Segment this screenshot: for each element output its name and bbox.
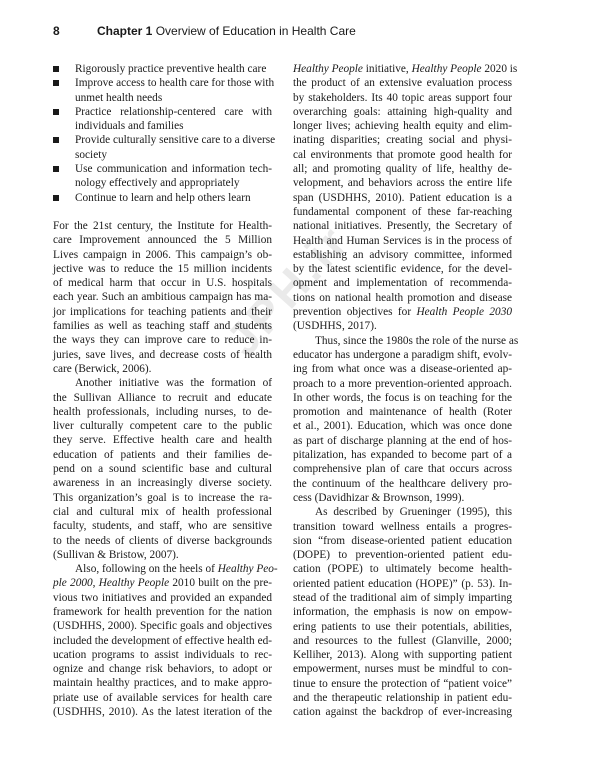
text-line: juries, save lives, and decrease costs o… <box>53 348 272 362</box>
text-line: establishing an advisory committee, info… <box>293 248 512 262</box>
text-line: ple 2000, Healthy People 2010 built on t… <box>53 576 272 590</box>
text-line: ucation programs to assist individuals t… <box>53 648 272 662</box>
text-line: as part of discharge planning at the end… <box>293 434 512 448</box>
text-line: Lives campaign in 2006. This campaign’s … <box>53 248 272 262</box>
paragraph: Another initiative was the formation of … <box>53 376 272 562</box>
text-line: liver culturally competent care to the p… <box>53 419 272 433</box>
text-line: Kelliher, 2013). Along with supporting p… <box>293 648 512 662</box>
text-line: Use communication and information tech- <box>75 162 272 176</box>
text-line: faculty, students, and staff, who are se… <box>53 519 272 533</box>
text-line: maintain healthy practices, and to make … <box>53 676 272 690</box>
text-line: vious two initiatives and provided an ex… <box>53 591 272 605</box>
text-line: cess (Davidhizar & Brownson, 1999). <box>293 491 512 505</box>
text-line: transition toward wellness entails a pro… <box>293 520 512 534</box>
page-number: 8 <box>53 24 60 38</box>
text-line: ering patients to use their potentials, … <box>293 620 512 634</box>
text-line: each year. Such an ambitious campaign ha… <box>53 290 272 304</box>
text-line: and the therapeutic relationship in pati… <box>293 691 512 705</box>
text-line: span (USDHHS, 2010). Patient education i… <box>293 191 512 205</box>
text-line: cation (POPE) to ultimately become healt… <box>293 562 512 576</box>
bullet-item: Practice relationship-centered care with… <box>53 105 272 134</box>
right-column: Healthy People initiative, Healthy Peopl… <box>293 62 512 720</box>
text-line: jor implications for teaching patients a… <box>53 305 272 319</box>
text-line: pitalization, has expanded to become par… <box>293 448 512 462</box>
text-line: Improve access to health care for those … <box>75 76 272 90</box>
text-line: to the needs of clients of diverse backg… <box>53 534 272 548</box>
text-line: Practice relationship-centered care with <box>75 105 272 119</box>
text-line: unmet health needs <box>75 91 272 105</box>
bullet-list: Rigorously practice preventive health ca… <box>53 62 272 205</box>
text-line: sion “from disease-oriented patient educ… <box>293 534 512 548</box>
text-line: proach to a more prevention-oriented app… <box>293 377 512 391</box>
text-line: tions on national health promotion and d… <box>293 291 512 305</box>
text-line: the Sullivan Alliance to recruit and edu… <box>53 391 272 405</box>
text-line: prevention objectives for Health People … <box>293 305 512 319</box>
text-line: they serve. Effective health care and he… <box>53 433 272 447</box>
bullet-square-icon <box>53 66 59 72</box>
chapter-title: Overview of Education in Health Care <box>156 24 356 38</box>
text-line: In other words, the focus is on teaching… <box>293 391 512 405</box>
text-line: fundamental component of these far-reach… <box>293 205 512 219</box>
text-line: empowerment, nurses must be mindful to c… <box>293 662 512 676</box>
bullet-item: Use communication and information tech- … <box>53 162 272 191</box>
bullet-item: Rigorously practice preventive health ca… <box>53 62 272 76</box>
text-line: awareness in an increasingly diverse soc… <box>53 476 272 490</box>
paragraph: Thus, since the 1980s the role of the nu… <box>293 334 512 506</box>
bullet-square-icon <box>53 80 59 86</box>
text-line: of medical harm that occur in U.S. hospi… <box>53 276 272 290</box>
text-line: Healthy People initiative, Healthy Peopl… <box>293 62 512 76</box>
text-line: Health and Human Services is in the proc… <box>293 234 512 248</box>
text-line: jective was to reduce the 15 million inc… <box>53 262 272 276</box>
bullet-square-icon <box>53 109 59 115</box>
text-line: information, the emphasis is now on empo… <box>293 605 512 619</box>
text-line: priate use of available services for hea… <box>53 691 272 705</box>
text-line: Another initiative was the formation of <box>53 376 272 390</box>
text-line: Thus, since the 1980s the role of the nu… <box>293 334 512 348</box>
text-line: tinue to ensure the protection of “patie… <box>293 677 512 691</box>
text-line: promotion and maintenance of health (Rot… <box>293 405 512 419</box>
paragraph: For the 21st century, the Institute for … <box>53 219 272 376</box>
text-line: by stakeholders. Its 40 topic areas supp… <box>293 91 512 105</box>
text-line: velopment, and behaviors across the enti… <box>293 176 512 190</box>
text-line: opment and implementation of recommenda- <box>293 276 512 290</box>
bullet-item: Improve access to health care for those … <box>53 76 272 105</box>
text-line: Provide culturally sensitive care to a d… <box>75 133 272 147</box>
text-line: the ways they can improve care to reduce… <box>53 333 272 347</box>
bullet-square-icon <box>53 195 59 201</box>
paragraph: As described by Grueninger (1995), this … <box>293 505 512 719</box>
text-line: Also, following on the heels of Healthy … <box>53 562 272 576</box>
text-line: longer lives; achieving health equity an… <box>293 119 512 133</box>
text-line: et al., 2001). Education, which was once… <box>293 419 512 433</box>
left-column: Rigorously practice preventive health ca… <box>53 62 272 719</box>
text-line: This organization’s goal is to increase … <box>53 491 272 505</box>
paragraph: Healthy People initiative, Healthy Peopl… <box>293 62 512 334</box>
text-line: comprehensive plan of care that occurs a… <box>293 462 512 476</box>
text-line: families as well as teaching staff and s… <box>53 319 272 333</box>
text-line: included the development of effective he… <box>53 634 272 648</box>
text-line: pend on a sound scientific base and cult… <box>53 462 272 476</box>
text-line: As described by Grueninger (1995), this <box>293 505 512 519</box>
chapter-heading: Chapter 1 Overview of Education in Healt… <box>97 24 356 38</box>
text-line: educator has undergone a paradigm shift,… <box>293 348 512 362</box>
text-line: by the latest scientific evidence, for t… <box>293 262 512 276</box>
text-line: overarching goals: attaining high-qualit… <box>293 105 512 119</box>
text-line: all; and promoting quality of life, heal… <box>293 162 512 176</box>
text-line: (USDHHS, 2000). Specific goals and objec… <box>53 619 272 633</box>
text-line: (USDHHS, 2010). As the latest iteration … <box>53 705 272 719</box>
text-line: cation against the backdrop of ever-incr… <box>293 705 512 719</box>
text-line: nology effectively and appropriately <box>75 176 272 190</box>
text-line: For the 21st century, the Institute for … <box>53 219 272 233</box>
text-line: care Improvement announced the 5 Million <box>53 233 272 247</box>
text-line: (Sullivan & Bristow, 2007). <box>53 548 272 562</box>
bullet-square-icon <box>53 137 59 143</box>
text-line: cal environments that promote good healt… <box>293 148 512 162</box>
text-line: individuals and families <box>75 119 272 133</box>
text-line: (USDHHS, 2017). <box>293 319 512 333</box>
text-line: the product of an extensive evaluation p… <box>293 76 512 90</box>
text-line: oriented patient education (HOPE)” (p. 5… <box>293 577 512 591</box>
text-line: framework for health prevention for the … <box>53 605 272 619</box>
text-line: stead of the traditional aim of simply i… <box>293 591 512 605</box>
text-line: society <box>75 148 272 162</box>
bullet-square-icon <box>53 166 59 172</box>
paragraph: Also, following on the heels of Healthy … <box>53 562 272 719</box>
text-line: ing from what once was a disease-oriente… <box>293 362 512 376</box>
text-line: the continuum of the healthcare delivery… <box>293 477 512 491</box>
text-line: Continue to learn and help others learn <box>75 191 272 205</box>
text-line: inating disparities; creating social and… <box>293 133 512 147</box>
chapter-label: Chapter 1 <box>97 24 152 38</box>
text-line: care (Berwick, 2006). <box>53 362 272 376</box>
text-line: health professionals, including nurses, … <box>53 405 272 419</box>
bullet-item: Continue to learn and help others learn <box>53 191 272 205</box>
text-line: ognize and change risk behaviors, to ado… <box>53 662 272 676</box>
text-line: cial and cultural mix of health professi… <box>53 505 272 519</box>
text-line: and resources to the fullest (Glanville,… <box>293 634 512 648</box>
text-line: Rigorously practice preventive health ca… <box>75 62 272 76</box>
text-line: national initiatives. Presently, the Sec… <box>293 219 512 233</box>
text-line: education of patients and their families… <box>53 448 272 462</box>
bullet-item: Provide culturally sensitive care to a d… <box>53 133 272 162</box>
text-line: (DOPE) to prevention-oriented patient ed… <box>293 548 512 562</box>
